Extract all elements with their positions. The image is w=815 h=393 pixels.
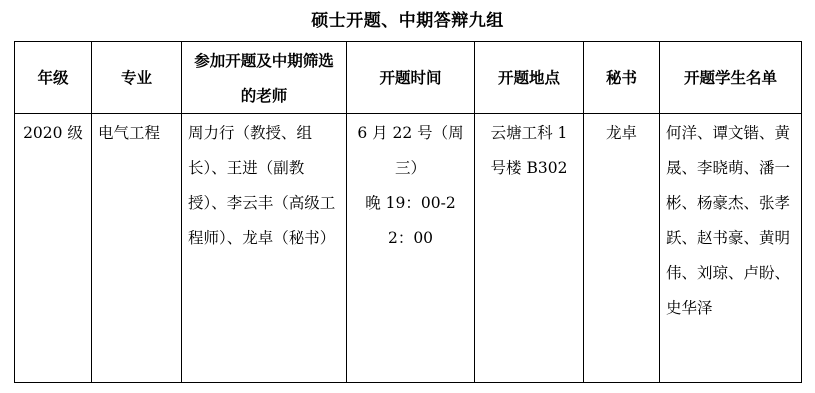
header-row: 年级 专业 参加开题及中期筛选的老师 开题时间 开题地点 秘书 开题学生名单 xyxy=(15,42,802,114)
header-location: 开题地点 xyxy=(475,42,584,114)
cell-major: 电气工程 xyxy=(92,114,182,383)
defense-schedule-table: 年级 专业 参加开题及中期筛选的老师 开题时间 开题地点 秘书 开题学生名单 2… xyxy=(14,41,802,383)
cell-teachers: 周力行（教授、组长）、王进（副教授）、李云丰（高级工程师）、龙卓（秘书） xyxy=(182,114,347,383)
time-hours: 晚 19：00-22：00 xyxy=(353,186,468,256)
document-title: 硕士开题、中期答辩九组 xyxy=(0,9,815,33)
header-teachers: 参加开题及中期筛选的老师 xyxy=(182,42,347,114)
header-grade: 年级 xyxy=(15,42,92,114)
teachers-value: 周力行（教授、组长）、王进（副教授）、李云丰（高级工程师）、龙卓（秘书） xyxy=(188,116,340,256)
cell-students: 何洋、谭文锴、黄晟、李晓萌、潘一彬、杨豪杰、张孝跃、赵书豪、黄明伟、刘琼、卢盼、… xyxy=(660,114,802,383)
header-major: 专业 xyxy=(92,42,182,114)
table-row: 2020 级 电气工程 周力行（教授、组长）、王进（副教授）、李云丰（高级工程师… xyxy=(15,114,802,383)
header-time: 开题时间 xyxy=(347,42,475,114)
cell-grade: 2020 级 xyxy=(15,114,92,383)
time-date: 6 月 22 号（周三） xyxy=(353,116,468,186)
location-value: 云塘工科 1 号楼 B302 xyxy=(481,116,577,186)
cell-location: 云塘工科 1 号楼 B302 xyxy=(475,114,584,383)
cell-time: 6 月 22 号（周三） 晚 19：00-22：00 xyxy=(347,114,475,383)
cell-secretary: 龙卓 xyxy=(584,114,660,383)
grade-value: 2020 级 xyxy=(21,116,85,151)
major-value: 电气工程 xyxy=(98,116,175,151)
secretary-value: 龙卓 xyxy=(590,116,653,151)
students-value: 何洋、谭文锴、黄晟、李晓萌、潘一彬、杨豪杰、张孝跃、赵书豪、黄明伟、刘琼、卢盼、… xyxy=(666,116,795,326)
header-students: 开题学生名单 xyxy=(660,42,802,114)
header-secretary: 秘书 xyxy=(584,42,660,114)
